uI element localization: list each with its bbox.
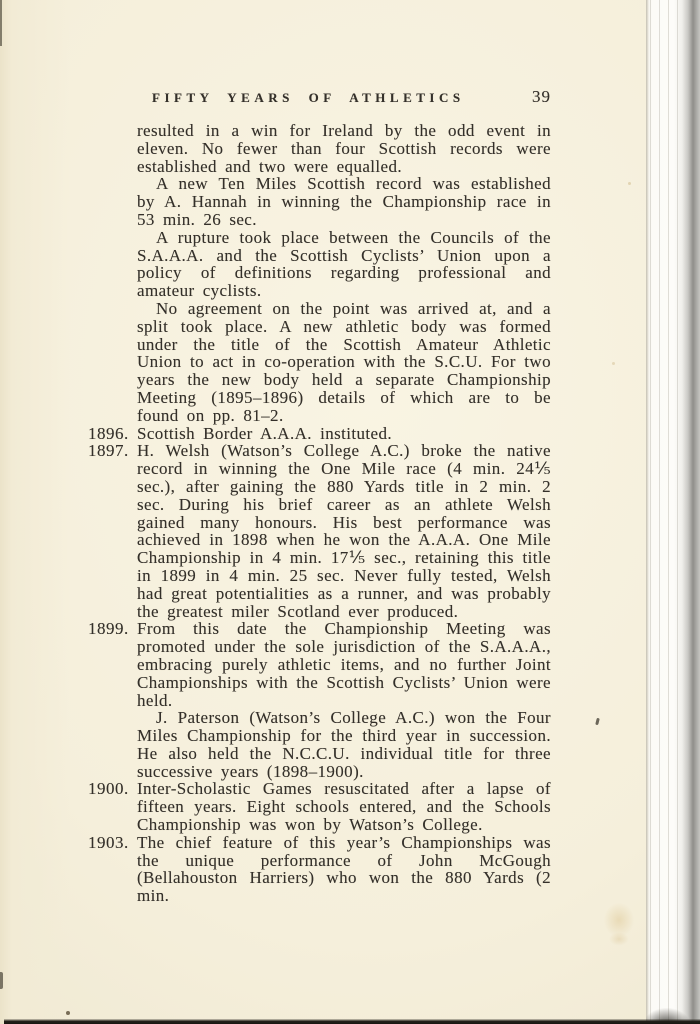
- year-entry-1897: 1897. H. Welsh (Watson’s College A.C.) b…: [137, 442, 551, 620]
- year-entry-1899: 1899. From this date the Championship Me…: [137, 620, 551, 780]
- entry-year: 1900.: [88, 780, 129, 798]
- page-header: 39 FIFTY YEARS OF ATHLETICS: [137, 89, 551, 111]
- running-title: FIFTY YEARS OF ATHLETICS: [152, 90, 465, 106]
- entry-paragraph: Inter-Scholastic Games resuscitated afte…: [137, 780, 551, 833]
- scanned-book-page: 39 FIFTY YEARS OF ATHLETICS resulted in …: [0, 0, 700, 1024]
- year-entry-1896: 1896. Scottish Border A.A.A. instituted.: [137, 425, 551, 443]
- intro-paragraph: A rupture took place between the Council…: [137, 229, 551, 300]
- scan-bottom-shadow: [4, 1019, 700, 1024]
- intro-paragraph: No agreement on the point was arrived at…: [137, 300, 551, 425]
- entry-year: 1897.: [88, 442, 129, 460]
- page-number: 39: [532, 87, 551, 107]
- entry-paragraph: J. Paterson (Watson’s College A.C.) won …: [137, 709, 551, 780]
- year-entry-1900: 1900. Inter-Scholastic Games resuscitate…: [137, 780, 551, 833]
- page-sheet: 39 FIFTY YEARS OF ATHLETICS resulted in …: [0, 0, 646, 1024]
- entry-paragraph: From this date the Championship Meeting …: [137, 620, 551, 709]
- intro-paragraph: A new Ten Miles Scottish record was esta…: [137, 175, 551, 228]
- paper-speck: [612, 362, 615, 365]
- paper-speck: [628, 182, 631, 185]
- scan-edge-shadow: [0, 0, 2, 46]
- entry-year: 1896.: [88, 425, 129, 443]
- paper-speck: [66, 1011, 70, 1015]
- page-body: resulted in a win for Ireland by the odd…: [137, 122, 551, 905]
- year-entry-1903: 1903. The chief feature of this year’s C…: [137, 834, 551, 905]
- ink-speck: [595, 718, 600, 726]
- paper-stain: [606, 930, 632, 948]
- entry-paragraph: H. Welsh (Watson’s College A.C.) broke t…: [137, 442, 551, 620]
- scan-edge-shadow: [0, 972, 3, 989]
- entry-year: 1899.: [88, 620, 129, 638]
- entry-paragraph: The chief feature of this year’s Champio…: [137, 834, 551, 905]
- book-page-edges: [646, 0, 700, 1024]
- entry-year: 1903.: [88, 834, 129, 852]
- intro-paragraph: resulted in a win for Ireland by the odd…: [137, 122, 551, 175]
- entry-paragraph: Scottish Border A.A.A. instituted.: [137, 425, 551, 443]
